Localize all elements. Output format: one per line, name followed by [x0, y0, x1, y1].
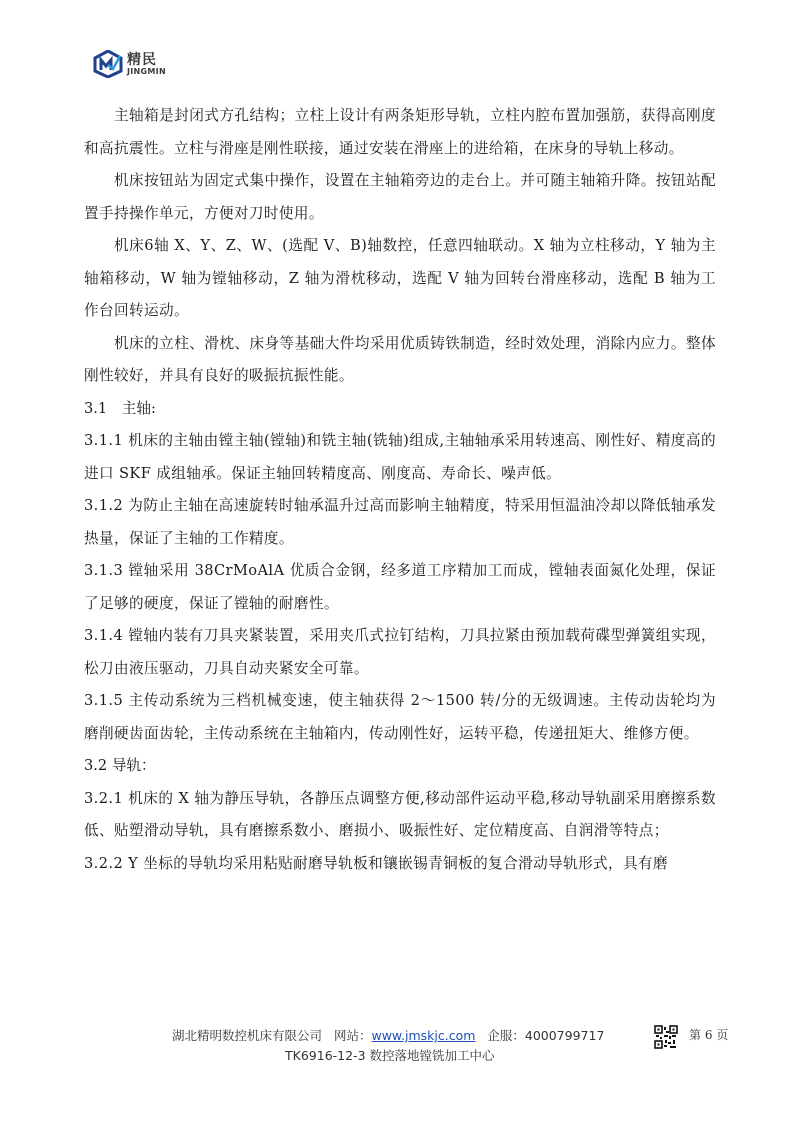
section-item-3-1-5: 3.1.5 主传动系统为三档机械变速，使主轴获得 2～1500 转/分的无级调速… — [84, 685, 716, 750]
footer-company: 湖北精明数控机床有限公司 — [172, 1028, 322, 1043]
logo-english-name: JINGMIN — [127, 68, 166, 76]
logo-chinese-name: 精民 — [127, 53, 166, 67]
jingmin-logo-icon — [93, 50, 123, 78]
footer-service-phone: 4000799717 — [525, 1028, 605, 1043]
footer-website-link[interactable]: www.jmskjc.com — [371, 1028, 475, 1043]
document-body: 主轴箱是封闭式方孔结构；立柱上设计有两条矩形导轨，立柱内腔布置加强筋，获得高刚度… — [84, 100, 716, 880]
paragraph-spindle-box: 主轴箱是封闭式方孔结构；立柱上设计有两条矩形导轨，立柱内腔布置加强筋，获得高刚度… — [84, 100, 716, 165]
page-number: 第 6 页 — [689, 1026, 728, 1043]
section-item-3-2-2: 3.2.2 Y 坐标的导轨均采用粘贴耐磨导轨板和镶嵌锡青铜板的复合滑动导轨形式，… — [84, 848, 716, 881]
section-item-3-1-1: 3.1.1 机床的主轴由镗主轴(镗轴)和铣主轴(铣轴)组成,主轴轴承采用转速高、… — [84, 425, 716, 490]
footer-product-name: TK6916-12-3 数控落地镗铣加工中心 — [285, 1046, 495, 1064]
section-item-3-1-2: 3.1.2 为防止主轴在高速旋转时轴承温升过高而影响主轴精度，特采用恒温油冷却以… — [84, 490, 716, 555]
section-heading-spindle: 3.1 主轴: — [84, 393, 716, 426]
paragraph-button-station: 机床按钮站为固定式集中操作，设置在主轴箱旁边的走台上。并可随主轴箱升降。按钮站配… — [84, 165, 716, 230]
section-item-3-1-3: 3.1.3 镗轴采用 38CrMoAlA 优质合金钢，经多道工序精加工而成，镗轴… — [84, 555, 716, 620]
company-logo: 精民 JINGMIN — [93, 50, 166, 78]
section-heading-guideway: 3.2 导轨： — [84, 750, 716, 783]
footer-contact-line: 湖北精明数控机床有限公司 网站：www.jmskjc.com 企服：400079… — [172, 1026, 604, 1044]
paragraph-casting: 机床的立柱、滑枕、床身等基础大件均采用优质铸铁制造，经时效处理，消除内应力。整体… — [84, 328, 716, 393]
footer-website-label: 网站： — [334, 1028, 372, 1043]
section-item-3-1-4: 3.1.4 镗轴内装有刀具夹紧装置，采用夹爪式拉钉结构，刀具拉紧由预加载荷碟型弹… — [84, 620, 716, 685]
paragraph-axes: 机床6轴 X、Y、Z、W、(选配 V、B)轴数控，任意四轴联动。X 轴为立柱移动… — [84, 230, 716, 328]
footer-service-label: 企服： — [487, 1028, 525, 1043]
qr-code-icon — [654, 1025, 678, 1049]
section-item-3-2-1: 3.2.1 机床的 X 轴为静压导轨，各静压点调整方便,移动部件运动平稳,移动导… — [84, 783, 716, 848]
